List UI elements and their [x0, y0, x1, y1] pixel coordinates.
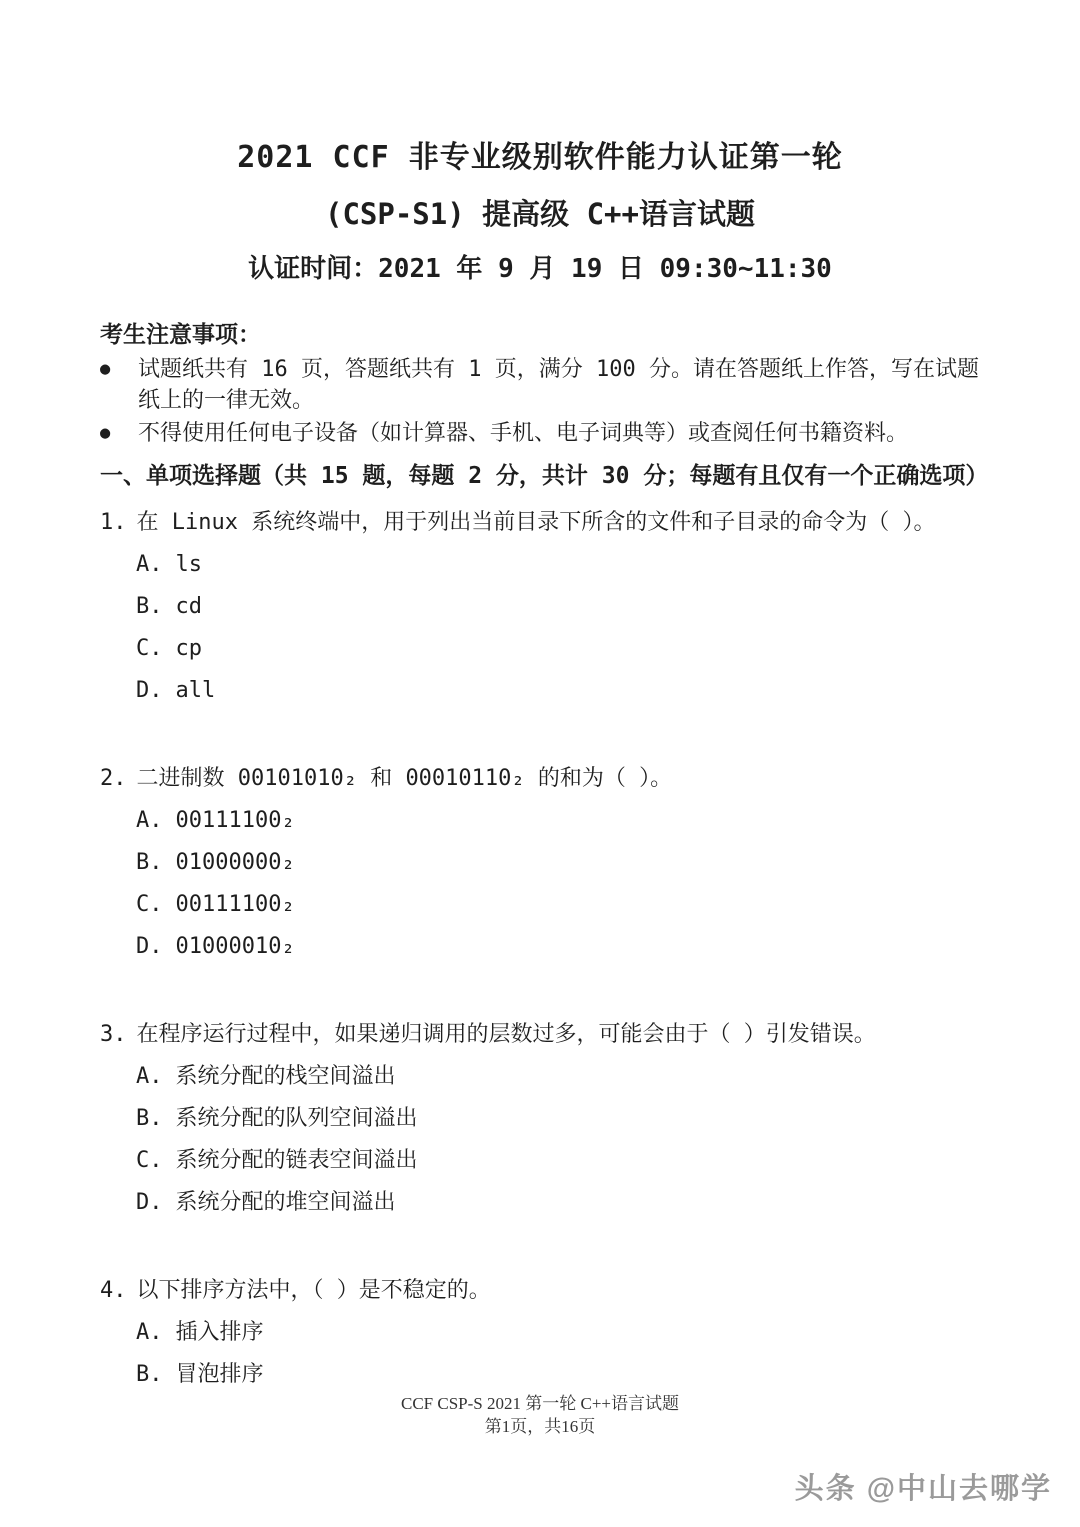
notice-item: ● 试题纸共有 16 页，答题纸共有 1 页，满分 100 分。请在答题纸上作答… — [100, 354, 992, 416]
option-text: cd — [176, 594, 203, 619]
option-c: C.系统分配的链表空间溢出 — [100, 1140, 992, 1182]
option-text: 系统分配的链表空间溢出 — [176, 1148, 418, 1173]
section-heading: 一、单项选择题（共 15 题，每题 2 分，共计 30 分；每题有且仅有一个正确… — [100, 458, 992, 494]
question-3: 3.在程序运行过程中，如果递归调用的层数过多，可能会由于（ ）引发错误。 A.系… — [100, 1014, 992, 1224]
question-body: 在 Linux 系统终端中，用于列出当前目录下所含的文件和子目录的命令为（ ）。 — [137, 510, 936, 535]
option-a: A.00111100₂ — [100, 800, 992, 842]
option-text: 系统分配的堆空间溢出 — [176, 1190, 396, 1215]
exam-paper-page: 2021 CCF 非专业级别软件能力认证第一轮 (CSP-S1) 提高级 C++… — [0, 0, 1080, 1527]
option-a: A.插入排序 — [100, 1312, 992, 1354]
option-d: D.01000010₂ — [100, 926, 992, 968]
option-text: 00111100₂ — [176, 808, 295, 833]
option-label: C. — [136, 892, 163, 917]
bullet-icon: ● — [100, 418, 138, 449]
option-label: B. — [136, 1106, 163, 1131]
option-c: C.00111100₂ — [100, 884, 992, 926]
option-b: B.冒泡排序 — [100, 1354, 992, 1396]
bullet-icon: ● — [100, 354, 138, 416]
option-label: A. — [136, 1064, 163, 1089]
option-label: B. — [136, 1362, 163, 1387]
option-b: B.系统分配的队列空间溢出 — [100, 1098, 992, 1140]
option-a: A.ls — [100, 544, 992, 586]
exam-time: 认证时间：2021 年 9 月 19 日 09:30~11:30 — [0, 251, 1080, 287]
question-number: 3. — [100, 1022, 127, 1047]
notice-heading: 考生注意事项： — [100, 318, 992, 352]
option-label: A. — [136, 808, 163, 833]
notice-item: ● 不得使用任何电子设备（如计算器、手机、电子词典等）或查阅任何书籍资料。 — [100, 418, 992, 449]
option-d: D.all — [100, 670, 992, 712]
option-text: 01000000₂ — [176, 850, 295, 875]
question-number: 1. — [100, 510, 127, 535]
notice-item-text: 试题纸共有 16 页，答题纸共有 1 页，满分 100 分。请在答题纸上作答，写… — [138, 354, 992, 416]
option-label: C. — [136, 1148, 163, 1173]
question-number: 4. — [100, 1278, 127, 1303]
option-label: C. — [136, 636, 163, 661]
option-b: B.cd — [100, 586, 992, 628]
footer-page-number: 第1页，共16页 — [0, 1415, 1080, 1438]
exam-header: 2021 CCF 非专业级别软件能力认证第一轮 (CSP-S1) 提高级 C++… — [0, 138, 1080, 287]
option-label: A. — [136, 552, 163, 577]
option-label: D. — [136, 1190, 163, 1215]
option-b: B.01000000₂ — [100, 842, 992, 884]
option-label: B. — [136, 594, 163, 619]
watermark-text: 头条 @中山去哪学 — [795, 1466, 1052, 1507]
notice-item-text: 不得使用任何电子设备（如计算器、手机、电子词典等）或查阅任何书籍资料。 — [138, 418, 992, 449]
notice-section: 考生注意事项： ● 试题纸共有 16 页，答题纸共有 1 页，满分 100 分。… — [100, 318, 992, 449]
option-text: 插入排序 — [176, 1320, 264, 1345]
question-text: 3.在程序运行过程中，如果递归调用的层数过多，可能会由于（ ）引发错误。 — [100, 1014, 992, 1056]
option-text: 01000010₂ — [176, 934, 295, 959]
exam-title-line2: (CSP-S1) 提高级 C++语言试题 — [0, 194, 1080, 234]
option-d: D.系统分配的堆空间溢出 — [100, 1182, 992, 1224]
option-label: A. — [136, 1320, 163, 1345]
question-text: 4.以下排序方法中，（ ）是不稳定的。 — [100, 1270, 992, 1312]
question-text: 1.在 Linux 系统终端中，用于列出当前目录下所含的文件和子目录的命令为（ … — [100, 502, 992, 544]
question-2: 2.二进制数 00101010₂ 和 00010110₂ 的和为（ ）。 A.0… — [100, 758, 992, 968]
question-number: 2. — [100, 766, 127, 791]
option-a: A.系统分配的栈空间溢出 — [100, 1056, 992, 1098]
option-text: cp — [176, 636, 203, 661]
question-1: 1.在 Linux 系统终端中，用于列出当前目录下所含的文件和子目录的命令为（ … — [100, 502, 992, 712]
option-text: 00111100₂ — [176, 892, 295, 917]
question-4: 4.以下排序方法中，（ ）是不稳定的。 A.插入排序 B.冒泡排序 — [100, 1270, 992, 1396]
question-text: 2.二进制数 00101010₂ 和 00010110₂ 的和为（ ）。 — [100, 758, 992, 800]
footer-doc-title: CCF CSP-S 2021 第一轮 C++语言试题 — [0, 1392, 1080, 1415]
option-text: 系统分配的队列空间溢出 — [176, 1106, 418, 1131]
question-body: 以下排序方法中，（ ）是不稳定的。 — [137, 1278, 491, 1303]
option-text: ls — [176, 552, 203, 577]
option-text: 冒泡排序 — [176, 1362, 264, 1387]
question-body: 二进制数 00101010₂ 和 00010110₂ 的和为（ ）。 — [137, 766, 673, 791]
option-c: C.cp — [100, 628, 992, 670]
option-label: D. — [136, 934, 163, 959]
questions-section: 一、单项选择题（共 15 题，每题 2 分，共计 30 分；每题有且仅有一个正确… — [100, 458, 992, 1442]
option-label: D. — [136, 678, 163, 703]
option-text: all — [176, 678, 216, 703]
page-footer: CCF CSP-S 2021 第一轮 C++语言试题 第1页，共16页 — [0, 1392, 1080, 1438]
option-text: 系统分配的栈空间溢出 — [176, 1064, 396, 1089]
exam-title-line1: 2021 CCF 非专业级别软件能力认证第一轮 — [0, 138, 1080, 178]
question-body: 在程序运行过程中，如果递归调用的层数过多，可能会由于（ ）引发错误。 — [137, 1022, 876, 1047]
option-label: B. — [136, 850, 163, 875]
